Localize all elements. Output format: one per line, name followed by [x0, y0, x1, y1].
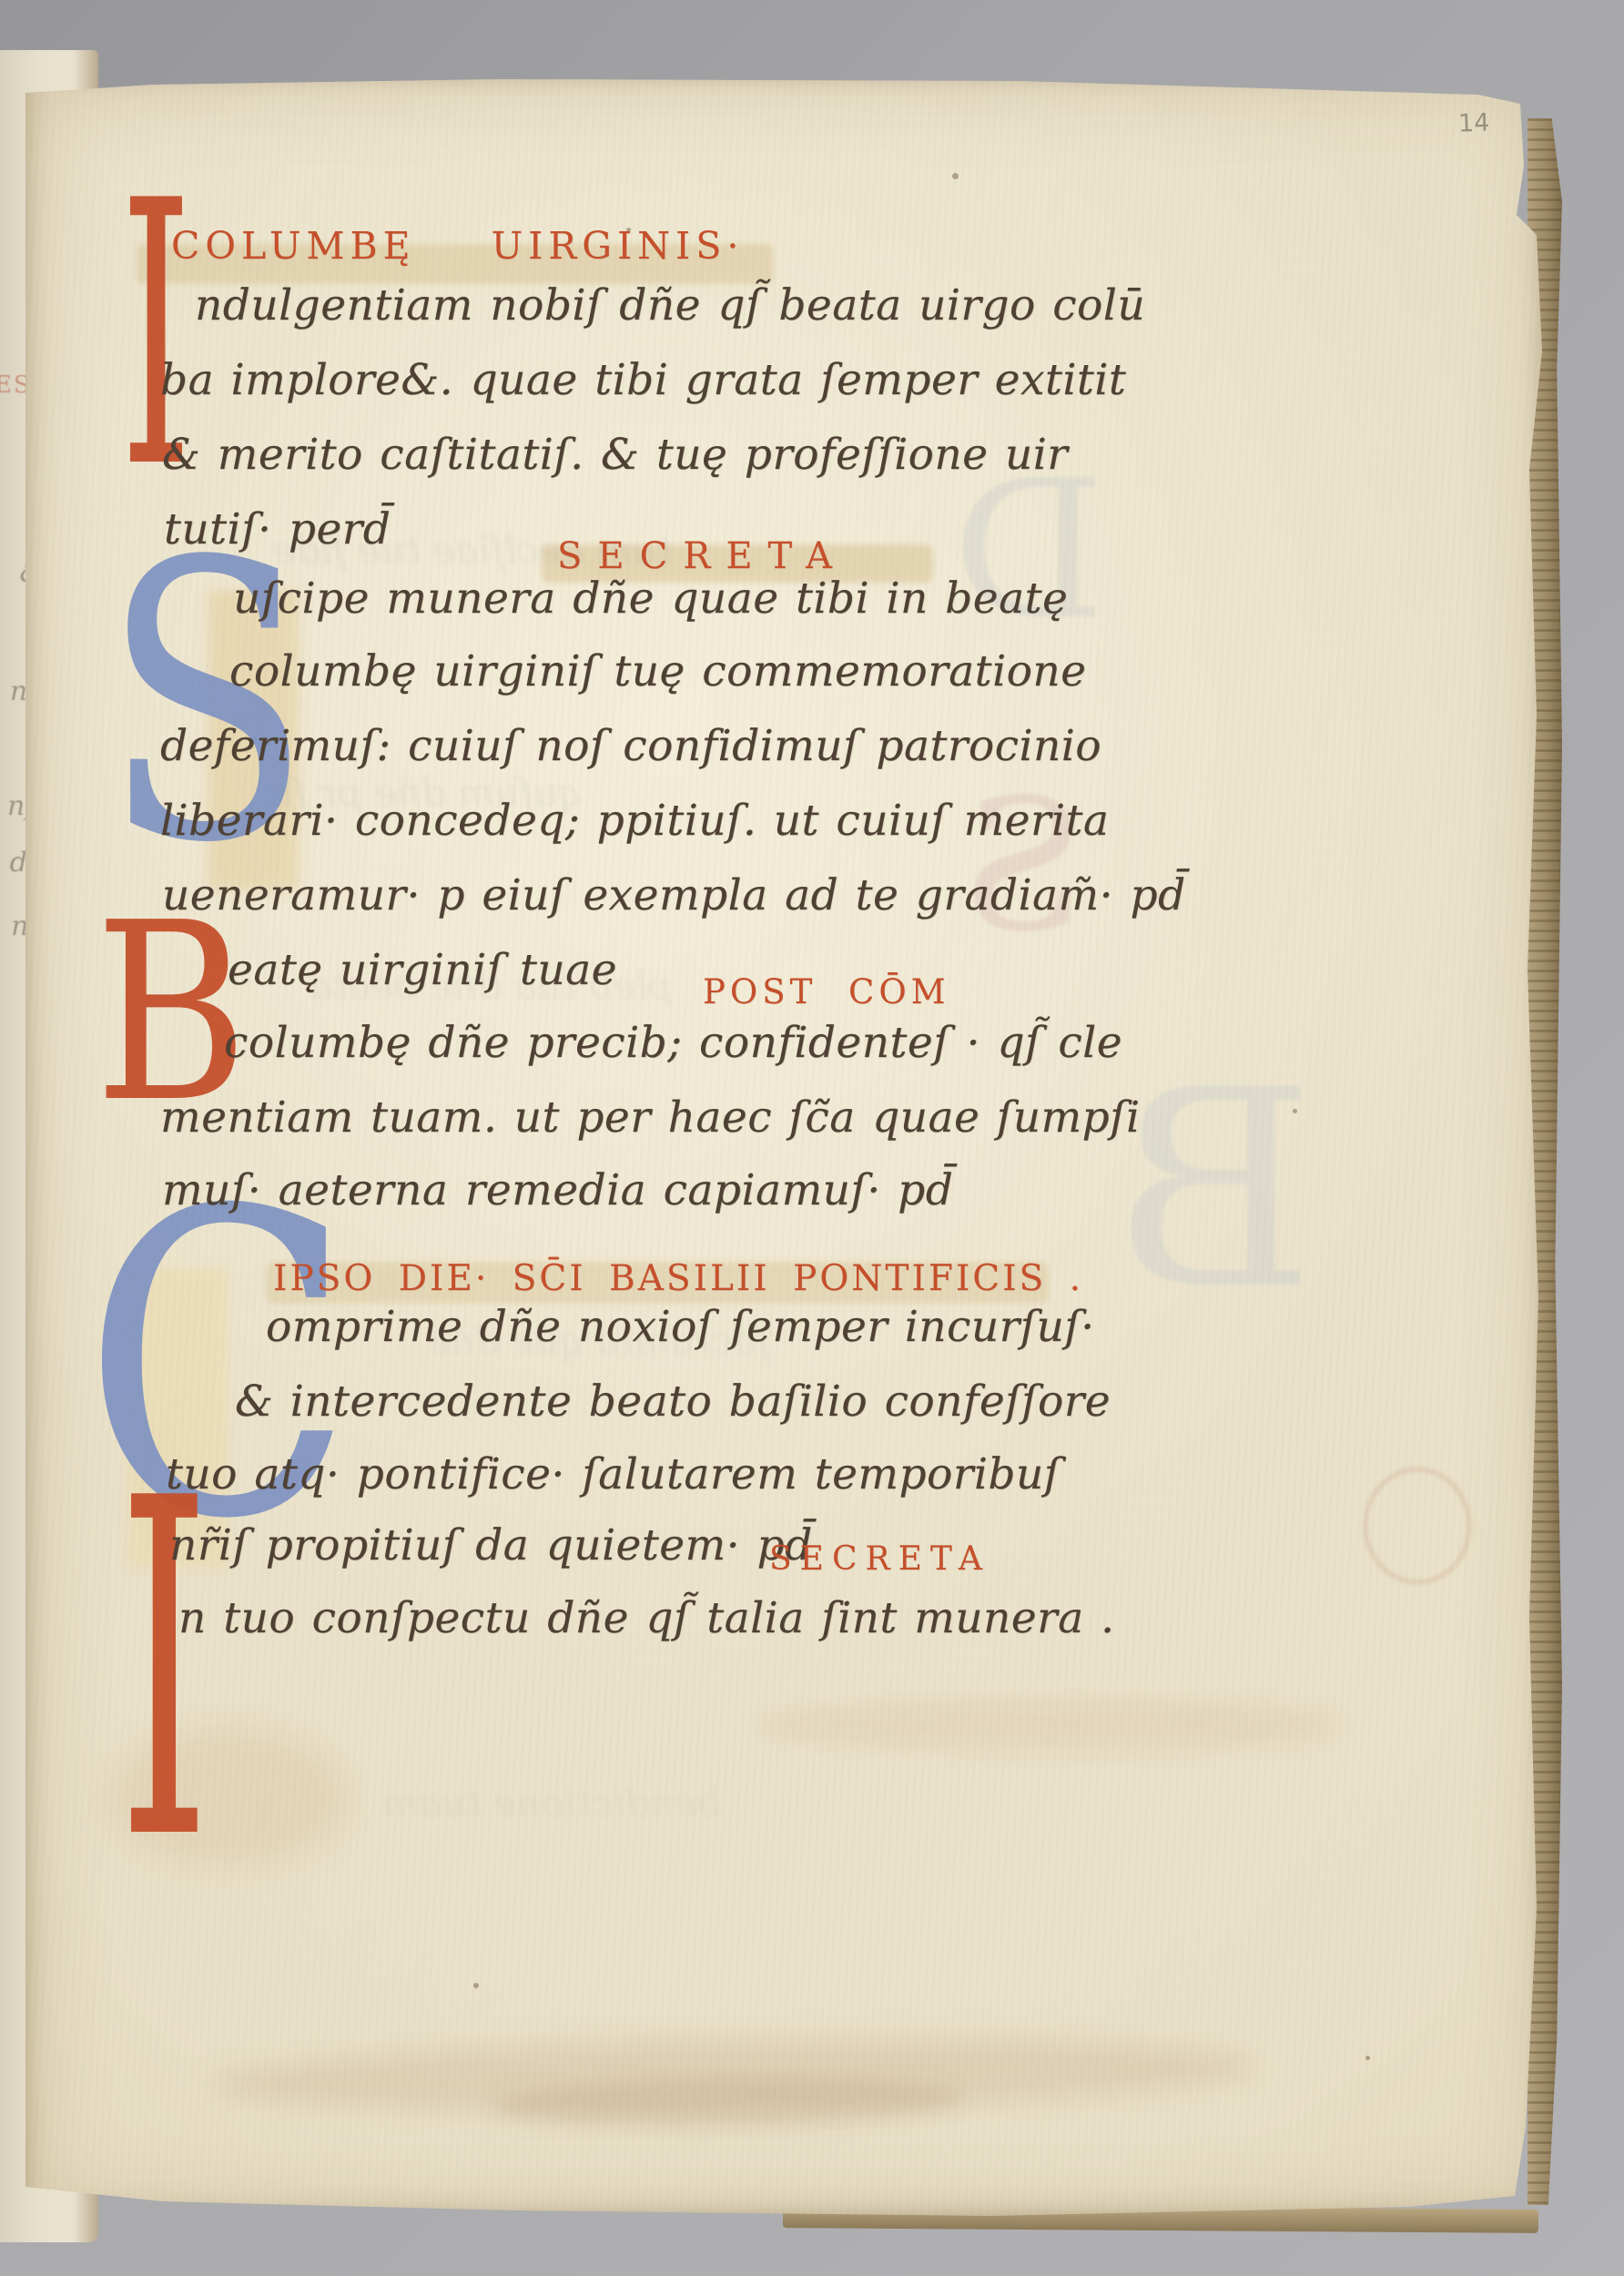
text-line-9: ueneramur· p eiuſ exempla ad te gradiam̃… [162, 872, 1186, 920]
text-line-14: omprime dñe noxioſ ſemper incurſuſ· [266, 1304, 1095, 1351]
text-line-8: liberari· concedeq; ppitiuſ. ut cuiuſ me… [160, 798, 1109, 845]
text-line-12: mentiam tuam. ut per haec ſc̃a quae ſump… [160, 1094, 1141, 1142]
speck-3 [1293, 1109, 1297, 1113]
text-line-16: tuo atq· pontifice· ſalutarem temporibuſ [166, 1451, 1061, 1499]
text-line-7: deferimuſ: cuiuſ noſ confidimuſ patrocin… [160, 723, 1101, 770]
folio-number: 14 [1457, 108, 1489, 137]
rubric-post-communion: POST CŌM [703, 972, 950, 1011]
initial-i-intuo: I [118, 1440, 210, 1905]
manuscript-page: tum aeclſiae tue fidequſum dñe pr ſtaple… [25, 78, 1548, 2220]
speck-5 [1365, 2056, 1370, 2060]
text-line-6: columbę uirginiſ tuę commemoratione [229, 648, 1087, 696]
stain-2 [756, 1701, 1338, 1750]
speck-1 [952, 173, 959, 179]
text-line-3: & merito caſtitatiſ. & tuę profeſſione u… [162, 432, 1068, 479]
text-line-13: muſ· aeterna remedia capiamuſ· pd̄ [162, 1167, 953, 1214]
text-line-10: eatę uirginiſ tuae [228, 947, 617, 994]
text-line-15: & intercedente beato baſilio confeſſore [235, 1378, 1111, 1426]
rubric-ipso-die-sci-basilii: IPSO DIE· SC̄I BASILII PONTIFICIS . [273, 1258, 1083, 1299]
speck-4 [473, 1983, 479, 1988]
text-line-18: n tuo conſpectu dñe qſ̃ talia ſint muner… [178, 1595, 1115, 1642]
text-line-2: ba implore&. quae tibi grata ſemper exti… [160, 357, 1126, 404]
show-through-initial-3: B [1114, 1054, 1314, 1327]
show-through-text-5: bendictione tuam [382, 1781, 721, 1825]
rubric-heading-columbe-virginis: COLUMBĘ UIRGINIS· [171, 224, 744, 268]
text-line-17: nr̃iſ propitiuſ da quietem· pd̄ [169, 1522, 813, 1570]
rubric-secreta-1: SECRETA [557, 535, 848, 577]
text-line-5: uſcipe munera dñe quae tibi in beatę [233, 575, 1068, 623]
text-line-1: ndulgentiam nobiſ dñe qſ̃ beata uirgo co… [195, 282, 1145, 330]
photo-backdrop: ſe9amESTUeſſ.da&tanumPRnſtaidnſenom̃amſſ… [0, 0, 1624, 2276]
text-line-11: columbę dñe precib; confidenteſ · qſ̃ cl… [224, 1020, 1122, 1067]
stain-ring [1364, 1468, 1471, 1584]
rubric-secreta-2: SECRETA [769, 1540, 990, 1578]
text-line-4: tutiſ· perd̄ [164, 506, 391, 554]
